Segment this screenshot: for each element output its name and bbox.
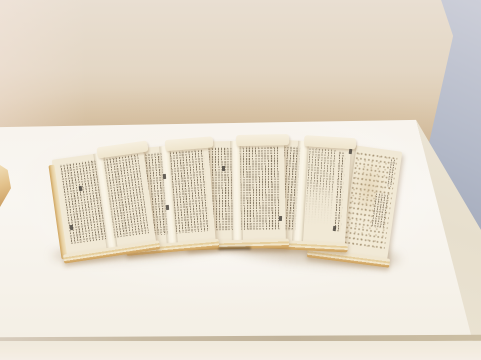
ink-stamp-mark (279, 216, 282, 221)
book-3-centre-fold (230, 141, 243, 242)
display-platform-front (0, 341, 481, 360)
ink-stamp-mark (222, 166, 225, 171)
ink-stamp-mark (79, 186, 83, 191)
ink-stamp-mark (70, 225, 74, 230)
ink-stamp-mark (166, 205, 169, 210)
ink-stamp-mark (163, 174, 166, 179)
book-4-right-page-text (304, 147, 337, 233)
exhibit-photo (0, 0, 481, 360)
book-1 (52, 147, 157, 256)
book-3-shadow-slit (218, 247, 251, 251)
book-3-top-page-flap (236, 134, 290, 146)
book-1-pages (52, 147, 157, 256)
